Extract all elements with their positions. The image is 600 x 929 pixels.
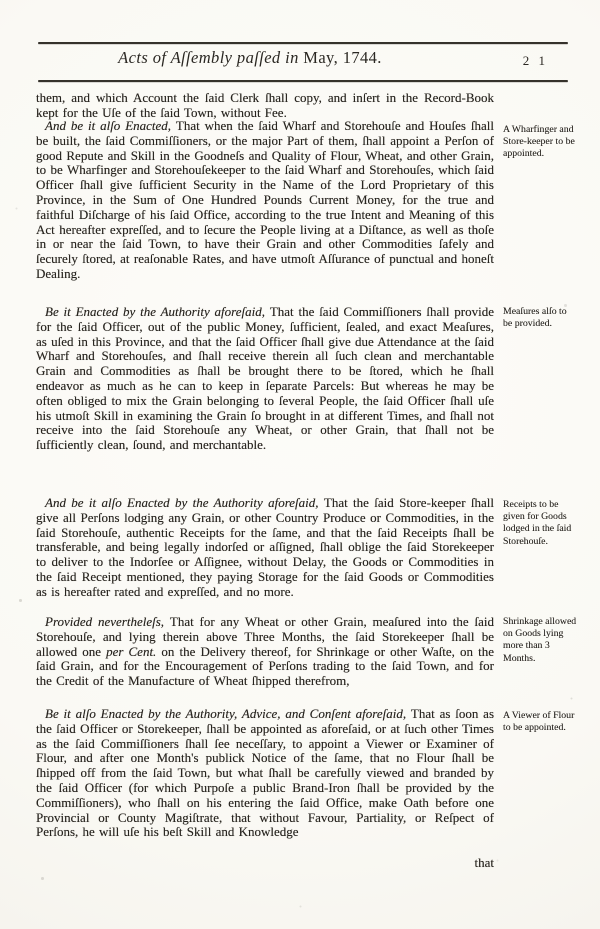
paragraph-text: Provided nevertheleſs, [45, 614, 170, 629]
page-number: 2 1 [523, 53, 548, 69]
margin-note: Receipts to be given for Goods lodged in… [503, 499, 577, 548]
paragraph-text: them, and which Account the ſaid Clerk ſ… [36, 90, 494, 120]
margin-note: A Wharfinger and Store-keeper to be appo… [503, 124, 577, 161]
running-head: Acts of Aſſembly paſſed in May, 1744. [30, 48, 470, 68]
paragraph-text: Be it alſo Enacted by the Authority, Adv… [45, 706, 411, 721]
paragraph-text: And be it alſo Enacted by the Authority … [45, 495, 324, 510]
paragraph-text: Be it Enacted by the Authority aforeſaid… [45, 304, 270, 319]
paragraph: And be it alſo Enacted by the Authority … [36, 496, 494, 600]
paragraph: And be it alſo Enacted, That when the ſa… [36, 119, 494, 282]
document-page: Acts of Aſſembly paſſed in May, 1744. 2 … [0, 0, 600, 929]
paragraph-text: That the ſaid Store-keeper ſhall give al… [36, 495, 494, 599]
paragraph-text: That the ſaid Commiſſioners ſhall provid… [36, 304, 494, 452]
margin-note: Meaſures alſo to be provided. [503, 306, 577, 330]
scan-noise [0, 0, 1, 1]
header-rule-top [38, 42, 568, 44]
catchword: that [36, 855, 494, 871]
paragraph-text: That as ſoon as the ſaid Officer or Stor… [36, 706, 494, 839]
paragraph: them, and which Account the ſaid Clerk ſ… [36, 91, 494, 121]
paragraph: Provided nevertheleſs, That for any Whea… [36, 615, 494, 689]
running-head-title-roman: May, 1744. [303, 48, 382, 67]
paragraph: Be it Enacted by the Authority aforeſaid… [36, 305, 494, 453]
margin-note: Shrinkage allowed on Goods lying more th… [503, 616, 577, 665]
margin-note: A Viewer of Flour to be appointed. [503, 710, 577, 734]
paragraph-text: per Cent. [106, 644, 156, 659]
header-rule-bottom [38, 80, 568, 82]
paragraph-text: That when the ſaid Wharf and Storehouſe … [36, 118, 494, 281]
running-head-title-italic: Acts of Aſſembly paſſed in [118, 48, 303, 67]
paragraph: Be it alſo Enacted by the Authority, Adv… [36, 707, 494, 840]
paragraph-text: And be it alſo Enacted, [45, 118, 176, 133]
